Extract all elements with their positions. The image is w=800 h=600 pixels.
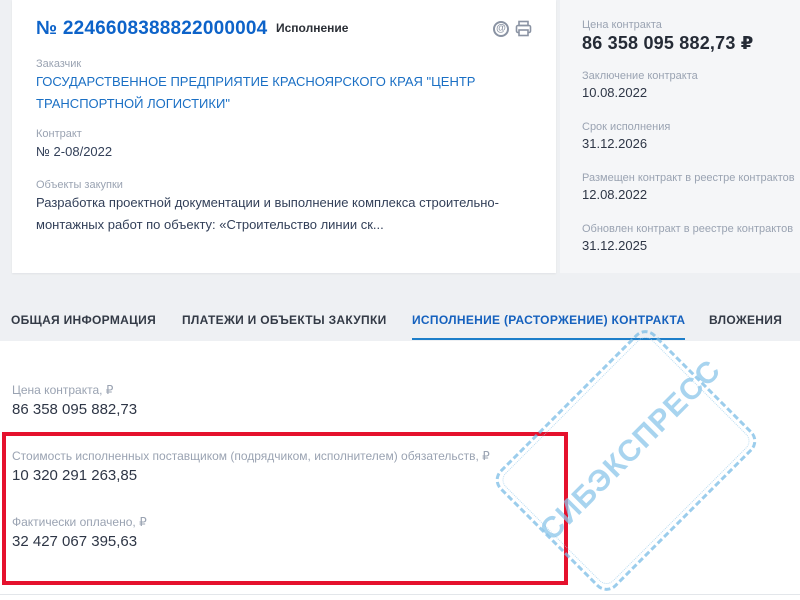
contract-number: № 2-08/2022	[36, 141, 112, 163]
contract-price-field: Цена контракта 86 358 095 882,73 ₽	[582, 18, 753, 54]
updated-date-value: 31.12.2025	[582, 236, 793, 256]
placed-date-value: 12.08.2022	[582, 185, 795, 205]
execution-price-field: Цена контракта, ₽ 86 358 095 882,73	[12, 382, 137, 422]
registry-number[interactable]: № 2246608388822000004	[36, 18, 267, 40]
execution-price-label: Цена контракта, ₽	[12, 382, 137, 398]
contract-header-card: № 2246608388822000004 Исполнение @ Заказ…	[12, 0, 556, 273]
customer-link[interactable]: ГОСУДАРСТВЕННОЕ ПРЕДПРИЯТИЕ КРАСНОЯРСКОГ…	[36, 71, 536, 115]
conclusion-date-label: Заключение контракта	[582, 69, 698, 83]
purchase-objects-value: Разработка проектной документации и выпо…	[36, 192, 536, 236]
email-at-icon[interactable]: @	[493, 21, 509, 37]
red-highlight-annotation	[2, 432, 568, 585]
printer-icon[interactable]	[515, 20, 532, 37]
page: № 2246608388822000004 Исполнение @ Заказ…	[0, 0, 800, 600]
execution-term-field: Срок исполнения 31.12.2026	[582, 120, 670, 154]
execution-price-value: 86 358 095 882,73	[12, 398, 137, 422]
execution-term-value: 31.12.2026	[582, 134, 670, 154]
tab-execution-termination[interactable]: ИСПОЛНЕНИЕ (РАСТОРЖЕНИЕ) КОНТРАКТА	[412, 296, 685, 341]
placed-date-label: Размещен контракт в реестре контрактов	[582, 171, 795, 185]
conclusion-date-value: 10.08.2022	[582, 83, 698, 103]
updated-date-field: Обновлен контракт в реестре контрактов 3…	[582, 222, 793, 256]
contract-price-label: Цена контракта	[582, 18, 753, 32]
contract-price-value: 86 358 095 882,73 ₽	[582, 32, 753, 54]
tab-attachments[interactable]: ВЛОЖЕНИЯ	[709, 296, 782, 341]
contract-field: Контракт № 2-08/2022	[36, 127, 112, 163]
tab-general-info[interactable]: ОБЩАЯ ИНФОРМАЦИЯ	[11, 296, 156, 341]
execution-term-label: Срок исполнения	[582, 120, 670, 134]
customer-field: Заказчик ГОСУДАРСТВЕННОЕ ПРЕДПРИЯТИЕ КРА…	[36, 57, 536, 115]
purchase-objects-label: Объекты закупки	[36, 178, 536, 192]
contract-summary-panel: Цена контракта 86 358 095 882,73 ₽ Заклю…	[560, 0, 800, 273]
updated-date-label: Обновлен контракт в реестре контрактов	[582, 222, 793, 236]
contract-label: Контракт	[36, 127, 112, 141]
tab-bar: ОБЩАЯ ИНФОРМАЦИЯ ПЛАТЕЖИ И ОБЪЕКТЫ ЗАКУП…	[0, 296, 800, 341]
conclusion-date-field: Заключение контракта 10.08.2022	[582, 69, 698, 103]
purchase-objects-field: Объекты закупки Разработка проектной док…	[36, 178, 536, 236]
tab-payments-objects[interactable]: ПЛАТЕЖИ И ОБЪЕКТЫ ЗАКУПКИ	[182, 296, 387, 341]
placed-date-field: Размещен контракт в реестре контрактов 1…	[582, 171, 795, 205]
execution-content-panel: Цена контракта, ₽ 86 358 095 882,73 Стои…	[0, 341, 800, 600]
divider	[0, 594, 800, 595]
status-badge: Исполнение	[276, 21, 348, 35]
customer-label: Заказчик	[36, 57, 536, 71]
